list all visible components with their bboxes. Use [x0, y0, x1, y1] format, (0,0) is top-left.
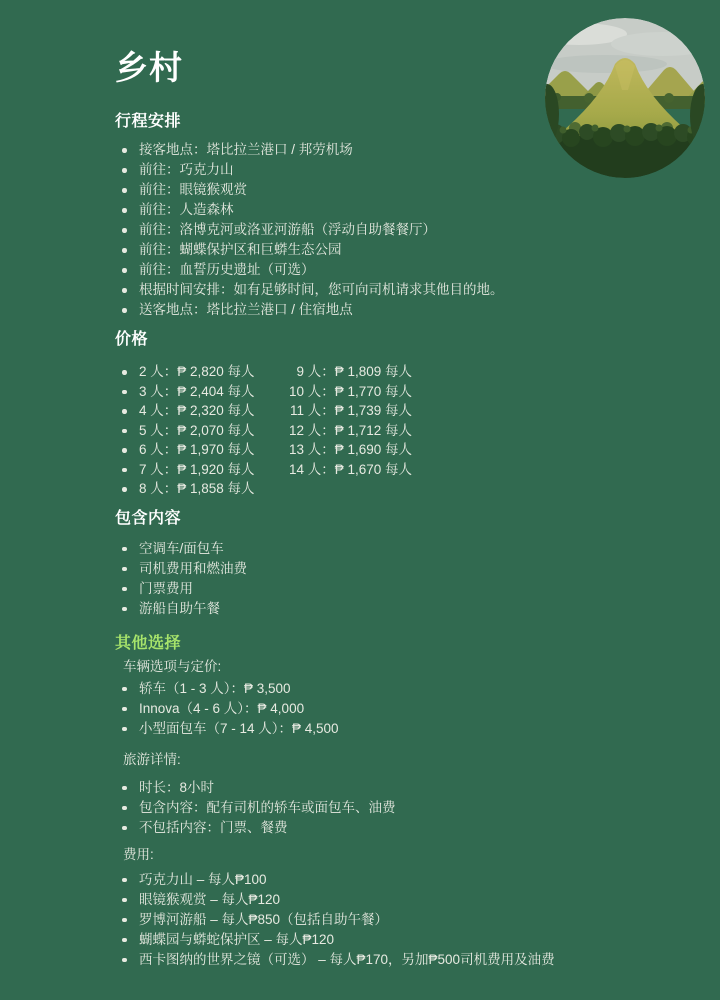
- heading-pricing: 价格: [115, 329, 680, 350]
- price-left: 2 人：₱ 2,820 每人: [139, 362, 288, 382]
- vehicle-options-label: 车辆选项与定价:: [123, 657, 680, 677]
- flyer-page: 乡村 行程安排 接客地点：塔比拉兰港口 / 邦劳机场前往：巧克力山前往：眼镜猴观…: [0, 0, 720, 1000]
- fee-item: 蝴蝶园与蟒蛇保护区 – 每人₱120: [115, 930, 680, 950]
- price-row: 4 人：₱ 2,320 每人 11 人：₱ 1,739 每人: [115, 401, 680, 421]
- fee-item: 巧克力山 – 每人₱100: [115, 870, 680, 890]
- heading-inclusions: 包含内容: [115, 508, 680, 529]
- fee-item: 眼镜猴观赏 – 每人₱120: [115, 890, 680, 910]
- vehicle-option-item: 小型面包车（7 - 14 人）：₱ 4,500: [115, 719, 680, 739]
- price-left: 8 人：₱ 1,858 每人: [139, 479, 288, 499]
- price-left: 6 人：₱ 1,970 每人: [139, 440, 288, 460]
- price-left: 7 人：₱ 1,920 每人: [139, 460, 288, 480]
- price-right: 10 人：₱ 1,770 每人: [288, 382, 412, 402]
- price-left: 5 人：₱ 2,070 每人: [139, 421, 288, 441]
- price-right: 9 人：₱ 1,809 每人: [288, 362, 412, 382]
- itinerary-item: 前往：蝴蝶保护区和巨蟒生态公园: [115, 240, 680, 260]
- tour-detail-item: 不包括内容：门票、餐费: [115, 818, 680, 838]
- tour-details-label: 旅游详情:: [123, 750, 680, 770]
- vehicle-option-item: 轿车（1 - 3 人）：₱ 3,500: [115, 679, 680, 699]
- inclusion-item: 司机费用和燃油费: [115, 559, 680, 579]
- tour-detail-item: 时长：8小时: [115, 778, 680, 798]
- itinerary-item: 前往：血誓历史遗址（可选）: [115, 260, 680, 280]
- price-row: 3 人：₱ 2,404 每人 10 人：₱ 1,770 每人: [115, 382, 680, 402]
- fee-item: 西卡图纳的世界之镜（可选） – 每人₱170，另加₱500司机费用及油费: [115, 950, 680, 970]
- inclusion-item: 空调车/面包车: [115, 539, 680, 559]
- itinerary-item: 前往：眼镜猴观赏: [115, 180, 680, 200]
- inclusions-list: 空调车/面包车司机费用和燃油费门票费用游船自助午餐: [115, 539, 680, 619]
- price-row: 8 人：₱ 1,858 每人: [115, 479, 680, 499]
- price-right: 12 人：₱ 1,712 每人: [288, 421, 412, 441]
- tour-detail-item: 包含内容：配有司机的轿车或面包车、油费: [115, 798, 680, 818]
- fee-item: 罗博河游船 – 每人₱850（包括自助午餐）: [115, 910, 680, 930]
- price-left: 4 人：₱ 2,320 每人: [139, 401, 288, 421]
- itinerary-item: 根据时间安排：如有足够时间，您可向司机请求其他目的地。: [115, 280, 680, 300]
- price-right: 14 人：₱ 1,670 每人: [288, 460, 412, 480]
- flyer-content: 乡村 行程安排 接客地点：塔比拉兰港口 / 邦劳机场前往：巧克力山前往：眼镜猴观…: [0, 0, 720, 970]
- price-right: 11 人：₱ 1,739 每人: [288, 401, 412, 421]
- itinerary-list: 接客地点：塔比拉兰港口 / 邦劳机场前往：巧克力山前往：眼镜猴观赏前往：人造森林…: [115, 140, 680, 320]
- fees-label: 费用:: [123, 845, 680, 865]
- price-row: 7 人：₱ 1,920 每人 14 人：₱ 1,670 每人: [115, 460, 680, 480]
- price-row: 5 人：₱ 2,070 每人 12 人：₱ 1,712 每人: [115, 421, 680, 441]
- itinerary-item: 前往：人造森林: [115, 200, 680, 220]
- inclusion-item: 门票费用: [115, 579, 680, 599]
- vehicle-option-item: Innova（4 - 6 人）：₱ 4,000: [115, 699, 680, 719]
- itinerary-item: 接客地点：塔比拉兰港口 / 邦劳机场: [115, 140, 680, 160]
- fees-list: 巧克力山 – 每人₱100眼镜猴观赏 – 每人₱120罗博河游船 – 每人₱85…: [115, 870, 680, 970]
- price-row: 6 人：₱ 1,970 每人 13 人：₱ 1,690 每人: [115, 440, 680, 460]
- price-list: 2 人：₱ 2,820 每人 9 人：₱ 1,809 每人 3 人：₱ 2,40…: [115, 362, 680, 499]
- itinerary-item: 前往：巧克力山: [115, 160, 680, 180]
- price-right: [288, 479, 412, 499]
- tour-details-list: 时长：8小时包含内容：配有司机的轿车或面包车、油费不包括内容：门票、餐费: [115, 778, 680, 838]
- itinerary-item: 前往：洛博克河或洛亚河游船（浮动自助餐餐厅）: [115, 220, 680, 240]
- price-left: 3 人：₱ 2,404 每人: [139, 382, 288, 402]
- price-row: 2 人：₱ 2,820 每人 9 人：₱ 1,809 每人: [115, 362, 680, 382]
- inclusion-item: 游船自助午餐: [115, 599, 680, 619]
- itinerary-item: 送客地点：塔比拉兰港口 / 住宿地点: [115, 300, 680, 320]
- heading-other-options: 其他选择: [115, 633, 680, 654]
- price-right: 13 人：₱ 1,690 每人: [288, 440, 412, 460]
- vehicle-options-list: 轿车（1 - 3 人）：₱ 3,500Innova（4 - 6 人）：₱ 4,0…: [115, 679, 680, 739]
